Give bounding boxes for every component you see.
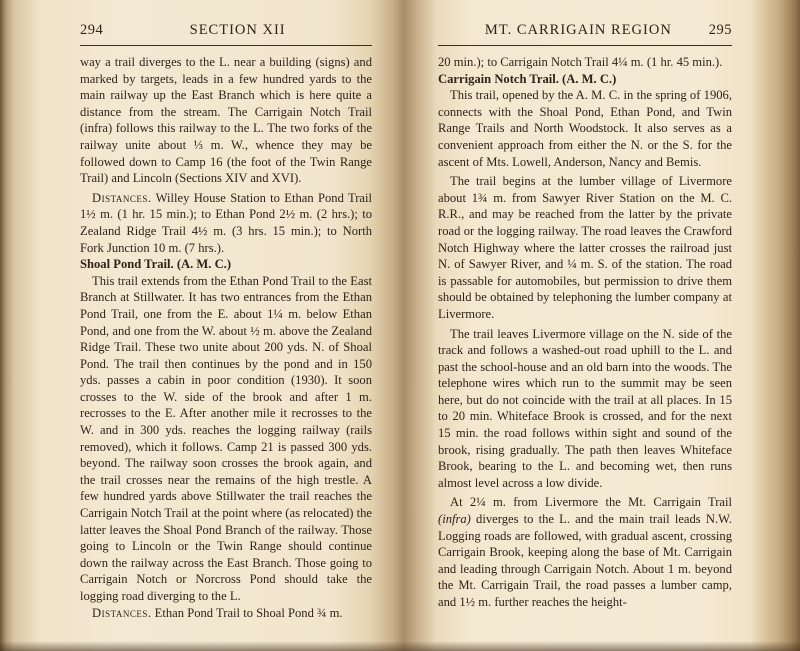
right-page-body: 20 min.); to Carrigain Notch Trail 4¼ m.… — [438, 54, 732, 611]
left-running-title: SECTION XII — [103, 22, 372, 39]
distances-label: Distances. — [92, 191, 152, 205]
left-paragraph-2: This trail extends from the Ethan Pond T… — [80, 273, 372, 605]
page-edge-shadow — [0, 641, 800, 651]
para5-infra: (infra) — [438, 512, 471, 526]
left-running-head: 294 SECTION XII — [80, 22, 372, 46]
right-running-head: MT. CARRIGAIN REGION 295 — [438, 22, 732, 46]
section-heading-carrigain-notch-trail: Carrigain Notch Trail. (A. M. C.) — [438, 71, 732, 88]
para5-rest: diverges to the L. and the main trail le… — [438, 512, 732, 609]
distances-text: Ethan Pond Trail to Shoal Pond ¾ m. — [152, 606, 343, 620]
right-paragraph-3: The trail begins at the lumber village o… — [438, 173, 732, 322]
open-book: 294 SECTION XII way a trail diverges to … — [0, 0, 800, 651]
right-paragraph-4: The trail leaves Livermore village on th… — [438, 326, 732, 492]
para5-start: At 2¼ m. from Livermore the Mt. Carrigai… — [450, 495, 732, 509]
left-distances-1: Distances. Willey House Station to Ethan… — [80, 190, 372, 256]
left-page-number: 294 — [80, 22, 103, 39]
right-paragraph-1: 20 min.); to Carrigain Notch Trail 4¼ m.… — [438, 54, 732, 71]
left-page: 294 SECTION XII way a trail diverges to … — [80, 22, 372, 621]
section-heading-shoal-pond-trail: Shoal Pond Trail. (A. M. C.) — [80, 256, 372, 273]
right-page-number: 295 — [709, 22, 732, 39]
right-page: MT. CARRIGAIN REGION 295 20 min.); to Ca… — [438, 22, 732, 611]
left-distances-2: Distances. Ethan Pond Trail to Shoal Pon… — [80, 605, 372, 622]
distances-label: Distances. — [92, 606, 152, 620]
left-paragraph-1: way a trail diverges to the L. near a bu… — [80, 54, 372, 187]
left-page-body: way a trail diverges to the L. near a bu… — [80, 54, 372, 621]
right-running-title: MT. CARRIGAIN REGION — [438, 22, 709, 39]
right-paragraph-5: At 2¼ m. from Livermore the Mt. Carrigai… — [438, 494, 732, 610]
right-paragraph-2: This trail, opened by the A. M. C. in th… — [438, 87, 732, 170]
